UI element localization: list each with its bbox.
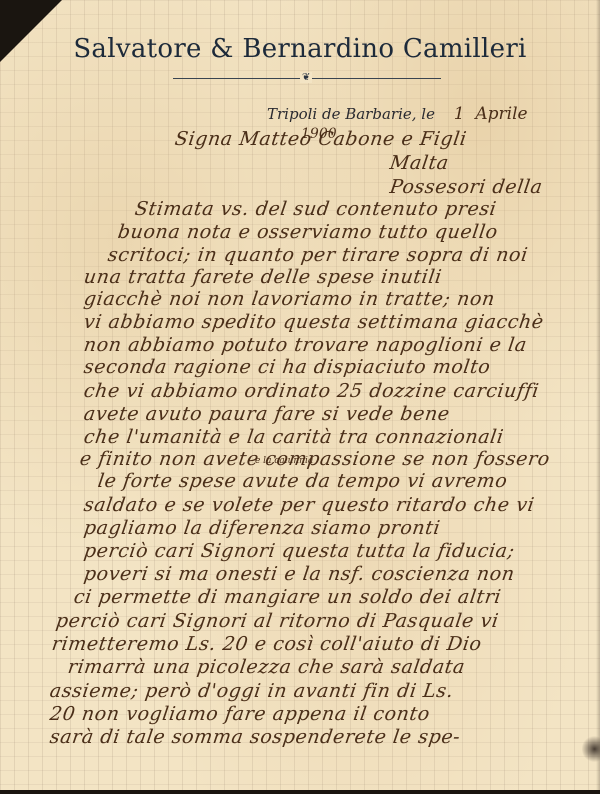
body-line: e finito non avete compassione se non fo…: [78, 448, 551, 470]
body-line: ci permette di mangiare un soldo dei alt…: [72, 586, 502, 608]
body-line: saldato e se volete per questo ritardo c…: [82, 494, 535, 516]
body-line: giacchè noi non lavoriamo in tratte; non: [82, 288, 496, 310]
body-line: rimetteremo Ls. 20 e così coll'aiuto di …: [50, 633, 483, 655]
letter-page: Salvatore & Bernardino Camilleri ❦ Tripo…: [0, 0, 600, 794]
interlinear-annotation: e la calunnia: [255, 456, 313, 466]
paper-bottom-edge: [0, 790, 600, 794]
body-line: buona nota e osserviamo tutto quello: [116, 221, 499, 243]
body-line: perciò cari Signori al ritorno di Pasqua…: [54, 610, 500, 632]
body-line: poveri si ma onesti e la nsf. coscienza …: [82, 563, 516, 585]
body-line: non abbiamo potuto trovare napoglioni e …: [82, 334, 528, 356]
body-line: che vi abbiamo ordinato 25 dozzine carci…: [82, 380, 540, 402]
body-line: vi abbiamo spedito questa settimana giac…: [82, 311, 545, 333]
body-line: Stimata vs. del sud contenuto presi: [133, 198, 498, 220]
date-month: Aprile: [475, 104, 527, 124]
body-line: 20 non vogliamo fare appena il conto: [48, 703, 431, 725]
addressee-city: Malta: [388, 152, 450, 174]
body-line: perciò cari Signori questa tutta la fidu…: [82, 540, 516, 562]
body-line: rimarrà una picolezza che sarà saldata: [66, 656, 466, 678]
ink-stain: [582, 735, 600, 763]
body-line: avete avuto paura fare si vede bene: [82, 403, 451, 425]
addressee-line: Signa Matteo Cabone e Figli: [173, 128, 468, 150]
body-line: assieme; però d'oggi in avanti fin di Ls…: [48, 680, 455, 702]
body-line: le forte spese avute da tempo vi avremo: [96, 470, 508, 492]
addressee-note: Possesori della: [388, 176, 544, 198]
body-line: una tratta farete delle spese inutili: [82, 266, 443, 288]
date-place: Tripoli de Barbarie, le: [267, 105, 435, 123]
body-line: pagliamo la diferenza siamo pronti: [82, 517, 441, 539]
ornament-icon: ❦: [300, 72, 312, 83]
date-day: 1: [454, 104, 465, 124]
body-line: seconda ragione ci ha dispiaciuto molto: [82, 356, 492, 378]
body-line: sarà di tale somma sospenderete le spe-: [48, 726, 461, 748]
torn-corner: [0, 0, 62, 62]
body-line: scritoci; in quanto per tirare sopra di …: [106, 244, 529, 266]
letterhead-title: Salvatore & Bernardino Camilleri: [0, 34, 600, 64]
body-line: che l'umanità e la carità tra connaziona…: [82, 426, 505, 448]
